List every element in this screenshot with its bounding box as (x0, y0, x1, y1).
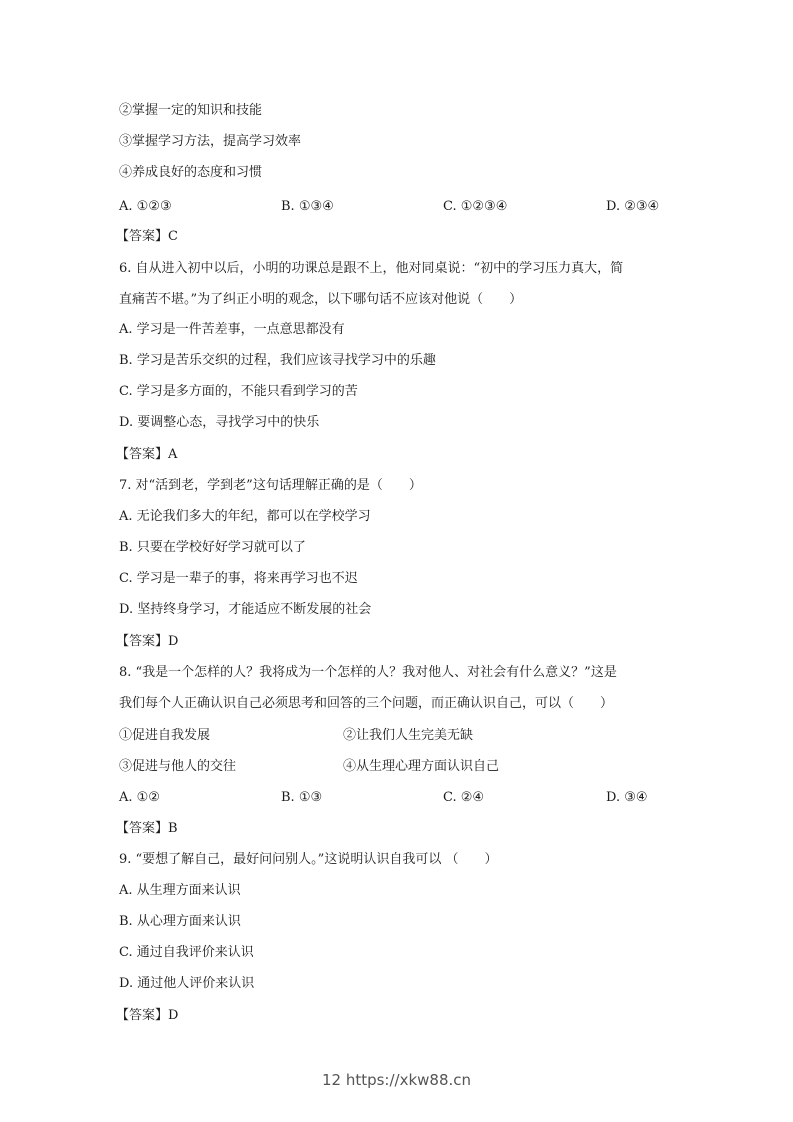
q5-answer: 【答案】C (116, 229, 178, 245)
q7-stem: 7. 对“活到老，学到老”这句话理解正确的是（ ） (119, 478, 422, 494)
q8-option-c: C. ②④ (443, 790, 484, 806)
q6-stem-line2: 直痛苦不堪。”为了纠正小明的观念，以下哪句话不应该对他说（ ） (119, 292, 522, 308)
q7-option-a: A. 无论我们多大的年纪，都可以在学校学习 (119, 509, 371, 525)
q6-option-b: B. 学习是苦乐交织的过程，我们应该寻找学习中的乐趣 (119, 353, 436, 369)
q8-item-3: ③促进与他人的交往 (119, 759, 236, 775)
q6-stem-line1: 6. 自从进入初中以后，小明的功课总是跟不上，他对同桌说：“初中的学习压力真大，… (119, 261, 623, 277)
q9-answer: 【答案】D (116, 1008, 178, 1024)
page-footer: 12 https://xkw88.cn (0, 1071, 793, 1089)
q9-option-d: D. 通过他人评价来认识 (119, 976, 254, 992)
q7-option-b: B. 只要在学校好好学习就可以了 (119, 540, 306, 556)
q9-option-b: B. 从心理方面来认识 (119, 914, 241, 930)
q8-option-b: B. ①③ (281, 790, 322, 806)
q5-option-c: C. ①②③④ (443, 199, 507, 215)
q6-option-a: A. 学习是一件苦差事，一点意思都没有 (119, 322, 345, 338)
q8-option-a: A. ①② (119, 790, 160, 806)
q8-item-2: ②让我们人生完美无缺 (343, 728, 473, 744)
q9-option-a: A. 从生理方面来认识 (119, 883, 241, 899)
q8-item-1: ①促进自我发展 (119, 728, 210, 744)
q8-stem-line2: 我们每个人正确认识自己必须思考和回答的三个问题，而正确认识自己，可以（ ） (119, 696, 613, 712)
q8-stem-line1: 8. “我是一个怎样的人？我将成为一个怎样的人？我对他人、对社会有什么意义？”这… (119, 665, 617, 681)
q5-option-d: D. ②③④ (606, 199, 659, 215)
q9-stem: 9. “要想了解自己，最好问问别人。”这说明认识自我可以 （ ） (119, 852, 497, 868)
q6-answer: 【答案】A (116, 447, 177, 463)
q8-answer: 【答案】B (116, 821, 178, 837)
q6-option-c: C. 学习是多方面的，不能只看到学习的苦 (119, 384, 358, 400)
q9-option-c: C. 通过自我评价来认识 (119, 945, 254, 961)
q7-answer: 【答案】D (116, 634, 178, 650)
q5-option-b: B. ①③④ (281, 199, 334, 215)
q6-option-d: D. 要调整心态，寻找学习中的快乐 (119, 415, 319, 431)
q8-item-4: ④从生理心理方面认识自己 (343, 759, 499, 775)
q5-option-a: A. ①②③ (119, 199, 172, 215)
q5-item-4: ④养成良好的态度和习惯 (119, 165, 262, 181)
q8-option-d: D. ③④ (606, 790, 648, 806)
q7-option-d: D. 坚持终身学习，才能适应不断发展的社会 (119, 602, 371, 618)
q5-item-2: ②掌握一定的知识和技能 (119, 103, 262, 119)
q5-item-3: ③掌握学习方法，提高学习效率 (119, 134, 301, 150)
q7-option-c: C. 学习是一辈子的事，将来再学习也不迟 (119, 571, 358, 587)
